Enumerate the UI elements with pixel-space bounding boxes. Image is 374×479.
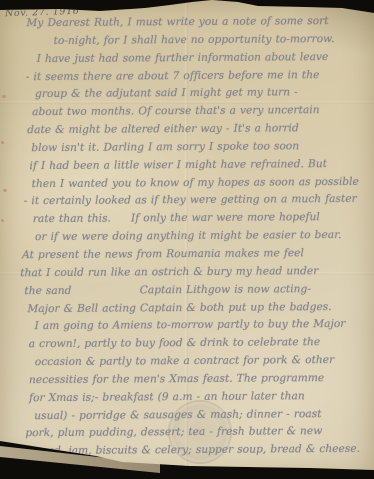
- letter-line: I have just had some further information…: [37, 48, 373, 68]
- scan-background: Nov. 27. 1916 My Dearest Ruth, I must wr…: [0, 0, 374, 479]
- letter-line: group & the adjutant said I might get my…: [35, 84, 373, 104]
- letter-line: about two months. Of course that's a ver…: [32, 102, 373, 122]
- letter-line: then I wanted you to know of my hopes as…: [32, 173, 374, 193]
- letter-line: or if we were doing anything it might be…: [35, 227, 374, 247]
- letter-line: - it certainly looked as if they were ge…: [24, 191, 374, 211]
- letter-line: necessities for the men's Xmas feast. Th…: [29, 370, 374, 390]
- letter-line: blow isn't it. Darling I am sorry I spok…: [31, 138, 373, 158]
- letter-body: My Dearest Ruth, I must write you a note…: [0, 13, 374, 462]
- letter-line: occasion & partly to make a contract for…: [35, 352, 374, 372]
- letter-line: I am going to Amiens to-morrow partly to…: [35, 316, 374, 336]
- letter-line: rate than this. If only the war were mor…: [33, 209, 374, 229]
- letter-line: usual) - porridge & sausages & mash; din…: [34, 405, 374, 425]
- letter-paper: Nov. 27. 1916 My Dearest Ruth, I must wr…: [0, 0, 374, 479]
- letter-line: to-night, for I shall have no opportunit…: [54, 31, 373, 51]
- letter-line: My Dearest Ruth, I must write you a note…: [26, 13, 372, 33]
- letter-line: if I had been a little wiser I might hav…: [29, 155, 373, 175]
